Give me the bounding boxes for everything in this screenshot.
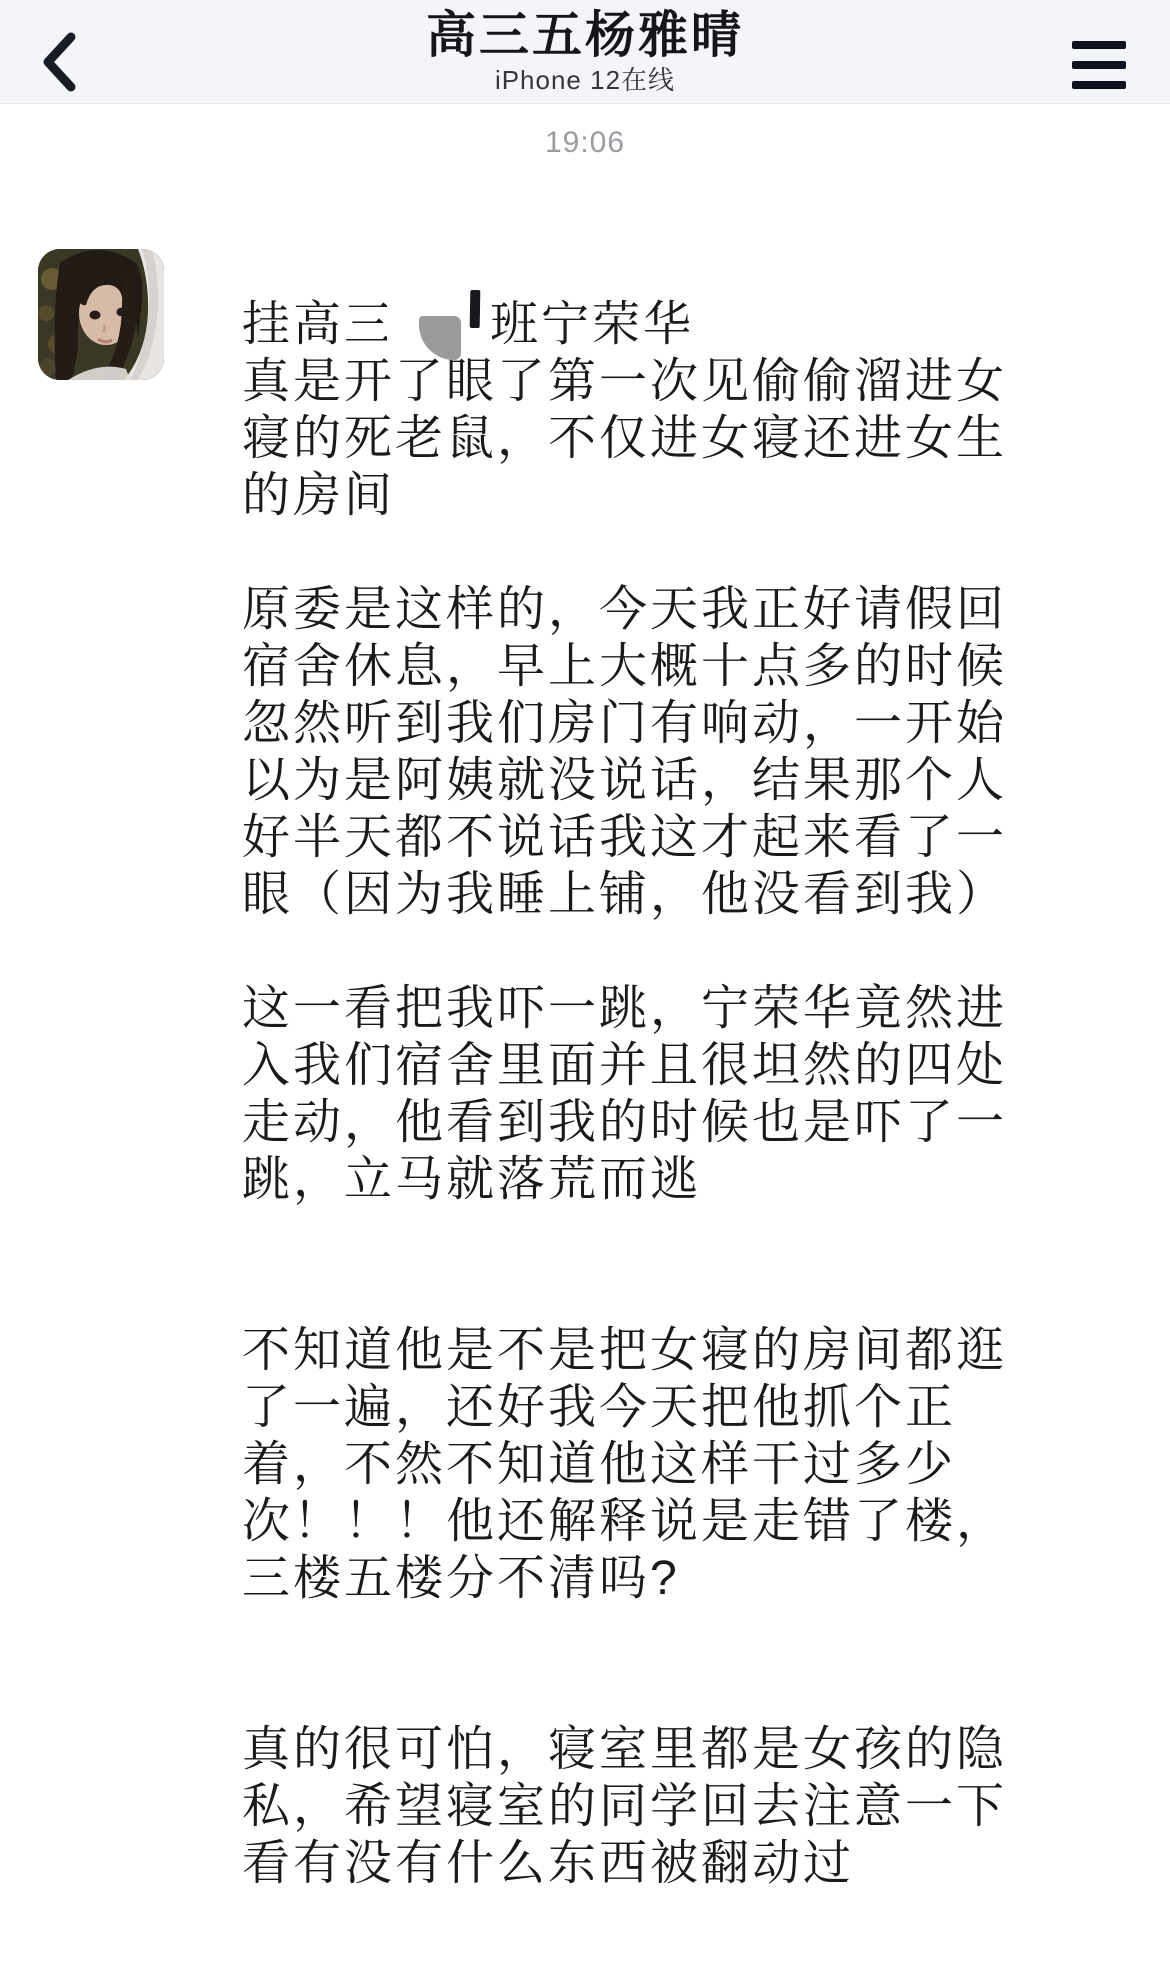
hamburger-menu-icon	[1072, 41, 1126, 89]
avatar-photo	[38, 249, 164, 380]
message-text[interactable]: 挂高三班宁荣华 真是开了眼了第一次见偷偷溜进女 寝的死老鼠，不仅进女寝还进女生 …	[242, 296, 1062, 1892]
navbar: 高三五杨雅晴 iPhone 12在线	[0, 0, 1170, 104]
device-online-status: iPhone 12在线	[495, 65, 675, 95]
back-button[interactable]	[40, 30, 100, 96]
line1-suffix: 班宁荣华	[490, 298, 694, 351]
message-timestamp: 19:06	[0, 126, 1170, 160]
chat-screen: 高三五杨雅晴 iPhone 12在线 19:06	[0, 0, 1170, 1977]
navbar-title-group: 高三五杨雅晴 iPhone 12在线	[150, 0, 1020, 103]
line1-prefix: 挂高三	[242, 298, 395, 351]
chevron-left-icon	[40, 32, 78, 95]
message-line1: 挂高三班宁荣华	[242, 296, 1062, 353]
menu-button[interactable]	[1072, 41, 1126, 89]
redacted-class-number	[395, 300, 490, 346]
sender-avatar[interactable]	[38, 249, 164, 380]
chat-title: 高三五杨雅晴	[426, 8, 744, 62]
message-body: 真是开了眼了第一次见偷偷溜进女 寝的死老鼠，不仅进女寝还进女生 的房间 原委是这…	[242, 353, 1062, 1892]
